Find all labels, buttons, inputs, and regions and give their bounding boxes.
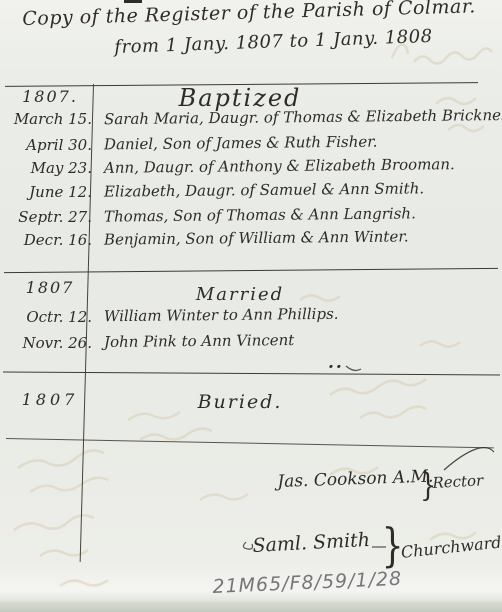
entry-date: Novr. 26. bbox=[8, 334, 92, 352]
entry-text: Ann, Daugr. of Anthony & Elizabeth Broom… bbox=[104, 155, 455, 177]
entry-text: Thomas, Son of Thomas & Ann Langrish. bbox=[104, 204, 416, 225]
entry-text: William Winter to Ann Phillips. bbox=[104, 305, 339, 325]
register-page: Copy of the Register of the Parish of Co… bbox=[0, 0, 502, 612]
page-title-line1: Copy of the Register of the Parish of Co… bbox=[22, 0, 476, 30]
entry-text: Daniel, Son of James & Ruth Fisher. bbox=[104, 133, 378, 154]
divider-line-buried bbox=[3, 371, 500, 375]
signature-name-churchwarden: Saml. Smith bbox=[252, 529, 370, 557]
section-year: 1807 bbox=[10, 390, 90, 409]
signature-name-rector: Jas. Cookson A.M. bbox=[277, 467, 434, 492]
section-heading-buried: Buried. bbox=[95, 391, 385, 413]
entry-date: Septr. 27. bbox=[8, 208, 92, 226]
signature-role-churchwarden: Churchwarden bbox=[400, 530, 502, 562]
entry-date: May 23. bbox=[8, 159, 92, 177]
scan-edge-mark bbox=[124, 0, 142, 3]
entry-text: Sarah Maria, Daugr. of Thomas & Elizabet… bbox=[104, 106, 502, 128]
entry-date: Decr. 16. bbox=[8, 231, 92, 249]
entry-date: Octr. 12. bbox=[8, 308, 92, 326]
entry-text: Elizabeth, Daugr. of Samuel & Ann Smith. bbox=[104, 179, 424, 200]
divider-line-bottom bbox=[6, 438, 494, 448]
entry-date: June 12. bbox=[8, 183, 92, 201]
ditto-mark: .. bbox=[328, 353, 344, 373]
archive-reference: 21M65/F8/59/1/28 bbox=[212, 568, 403, 598]
entry-date: March 15. bbox=[8, 110, 92, 128]
section-heading-married: Married bbox=[95, 284, 385, 305]
entry-date: April 30. bbox=[8, 136, 92, 154]
page-title-line2: from 1 Jany. 1807 to 1 Jany. 1808 bbox=[114, 26, 433, 58]
page-bottom-edge bbox=[0, 602, 502, 612]
signature-role-rector: Rector bbox=[432, 471, 484, 492]
entry-text: Benjamin, Son of William & Ann Winter. bbox=[104, 227, 409, 248]
divider-line-married bbox=[4, 268, 498, 274]
section-year: 1807 bbox=[10, 278, 90, 297]
section-year: 1807. bbox=[10, 87, 90, 106]
entry-text: John Pink to Ann Vincent bbox=[104, 331, 294, 351]
